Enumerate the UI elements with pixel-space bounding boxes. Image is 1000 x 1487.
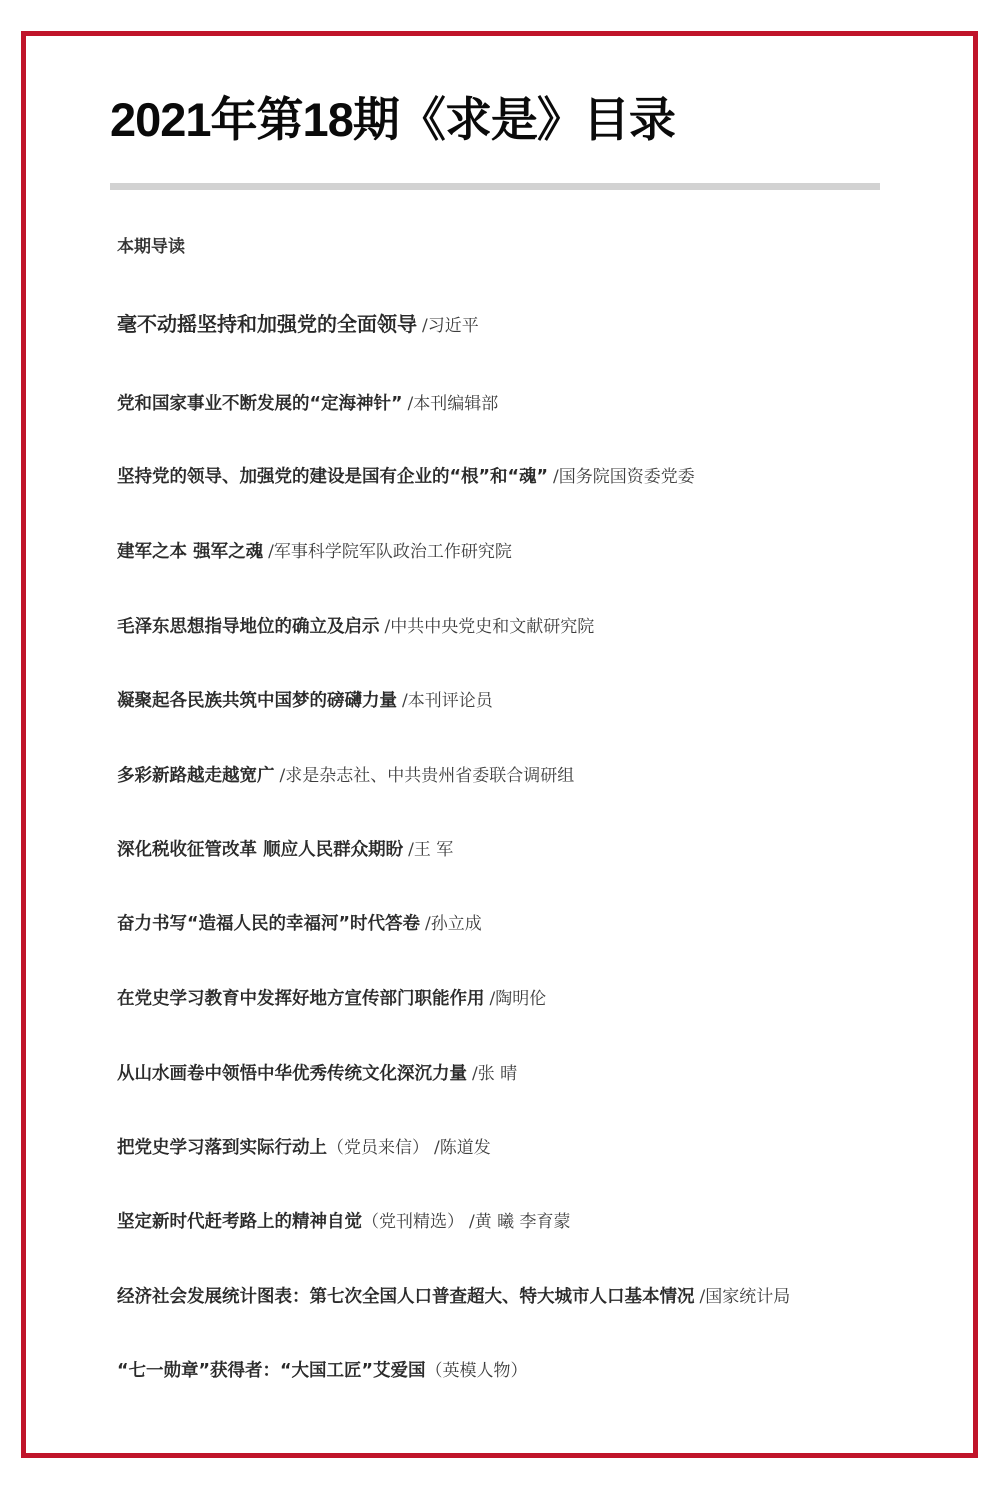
- toc-item[interactable]: 坚定新时代赶考路上的精神自觉（党刊精选）/黄 曦 李育蒙: [117, 1210, 571, 1234]
- toc-item[interactable]: “七一勋章”获得者：“大国工匠”艾爱国（英模人物）: [117, 1359, 528, 1383]
- article-title: 坚持党的领导、加强党的建设是国有企业的“根”和“魂”: [117, 467, 548, 487]
- toc-item[interactable]: 深化税收征管改革 顺应人民群众期盼/王 军: [117, 838, 453, 862]
- article-author: /中共中央党史和文献研究院: [385, 617, 595, 637]
- article-author: /孙立成: [425, 914, 482, 934]
- article-title: 奋力书写“造福人民的幸福河”时代答卷: [117, 914, 420, 934]
- toc-item[interactable]: 把党史学习落到实际行动上（党员来信）/陈道发: [117, 1136, 491, 1160]
- section-label: 本期导读: [117, 236, 185, 258]
- toc-item[interactable]: 从山水画卷中领悟中华优秀传统文化深沉力量/张 晴: [117, 1062, 517, 1086]
- article-note: （英模人物）: [426, 1361, 528, 1381]
- article-title: 深化税收征管改革 顺应人民群众期盼: [117, 840, 403, 860]
- article-author: /求是杂志社、中共贵州省委联合调研组: [280, 766, 575, 786]
- article-author: /本刊评论员: [402, 691, 493, 711]
- article-title: 毛泽东思想指导地位的确立及启示: [117, 617, 380, 637]
- article-title: 毫不动摇坚持和加强党的全面领导: [117, 312, 417, 336]
- toc-item[interactable]: 毫不动摇坚持和加强党的全面领导/习近平: [117, 312, 479, 338]
- article-title: 经济社会发展统计图表：第七次全国人口普查超大、特大城市人口基本情况: [117, 1287, 695, 1307]
- toc-item[interactable]: 建军之本 强军之魂/军事科学院军队政治工作研究院: [117, 540, 512, 564]
- article-title: 党和国家事业不断发展的“定海神针”: [117, 394, 403, 414]
- article-title: 在党史学习教育中发挥好地方宣传部门职能作用: [117, 989, 485, 1009]
- toc-item[interactable]: 凝聚起各民族共筑中国梦的磅礴力量/本刊评论员: [117, 689, 493, 713]
- article-title: 多彩新路越走越宽广: [117, 766, 275, 786]
- article-title: 把党史学习落到实际行动上: [117, 1138, 327, 1158]
- article-title: 建军之本 强军之魂: [117, 542, 263, 562]
- toc-item[interactable]: 毛泽东思想指导地位的确立及启示/中共中央党史和文献研究院: [117, 615, 594, 639]
- toc-item[interactable]: 党和国家事业不断发展的“定海神针”/本刊编辑部: [117, 392, 498, 416]
- article-author: /陶明伦: [490, 989, 547, 1009]
- toc-item[interactable]: 坚持党的领导、加强党的建设是国有企业的“根”和“魂”/国务院国资委党委: [117, 465, 695, 489]
- article-note: （党员来信）: [327, 1138, 429, 1158]
- article-author: /军事科学院军队政治工作研究院: [268, 542, 512, 562]
- article-author: /王 军: [408, 840, 453, 860]
- page-title: 2021年第18期《求是》目录: [110, 90, 675, 150]
- toc-item[interactable]: 奋力书写“造福人民的幸福河”时代答卷/孙立成: [117, 912, 482, 936]
- article-title: “七一勋章”获得者：“大国工匠”艾爱国: [117, 1361, 426, 1381]
- article-title: 从山水画卷中领悟中华优秀传统文化深沉力量: [117, 1064, 467, 1084]
- article-title: 凝聚起各民族共筑中国梦的磅礴力量: [117, 691, 397, 711]
- article-author: /张 晴: [472, 1064, 517, 1084]
- article-author: /陈道发: [434, 1138, 491, 1158]
- article-author: /习近平: [422, 316, 479, 336]
- article-author: /本刊编辑部: [408, 394, 499, 414]
- toc-item[interactable]: 在党史学习教育中发挥好地方宣传部门职能作用/陶明伦: [117, 987, 546, 1011]
- article-author: /国务院国资委党委: [553, 467, 695, 487]
- article-note: （党刊精选）: [362, 1212, 464, 1232]
- title-divider: [110, 183, 880, 190]
- article-author: /黄 曦 李育蒙: [469, 1212, 571, 1232]
- toc-item[interactable]: 多彩新路越走越宽广/求是杂志社、中共贵州省委联合调研组: [117, 764, 574, 788]
- article-author: /国家统计局: [700, 1287, 791, 1307]
- article-title: 坚定新时代赶考路上的精神自觉: [117, 1212, 362, 1232]
- toc-item[interactable]: 经济社会发展统计图表：第七次全国人口普查超大、特大城市人口基本情况/国家统计局: [117, 1285, 790, 1309]
